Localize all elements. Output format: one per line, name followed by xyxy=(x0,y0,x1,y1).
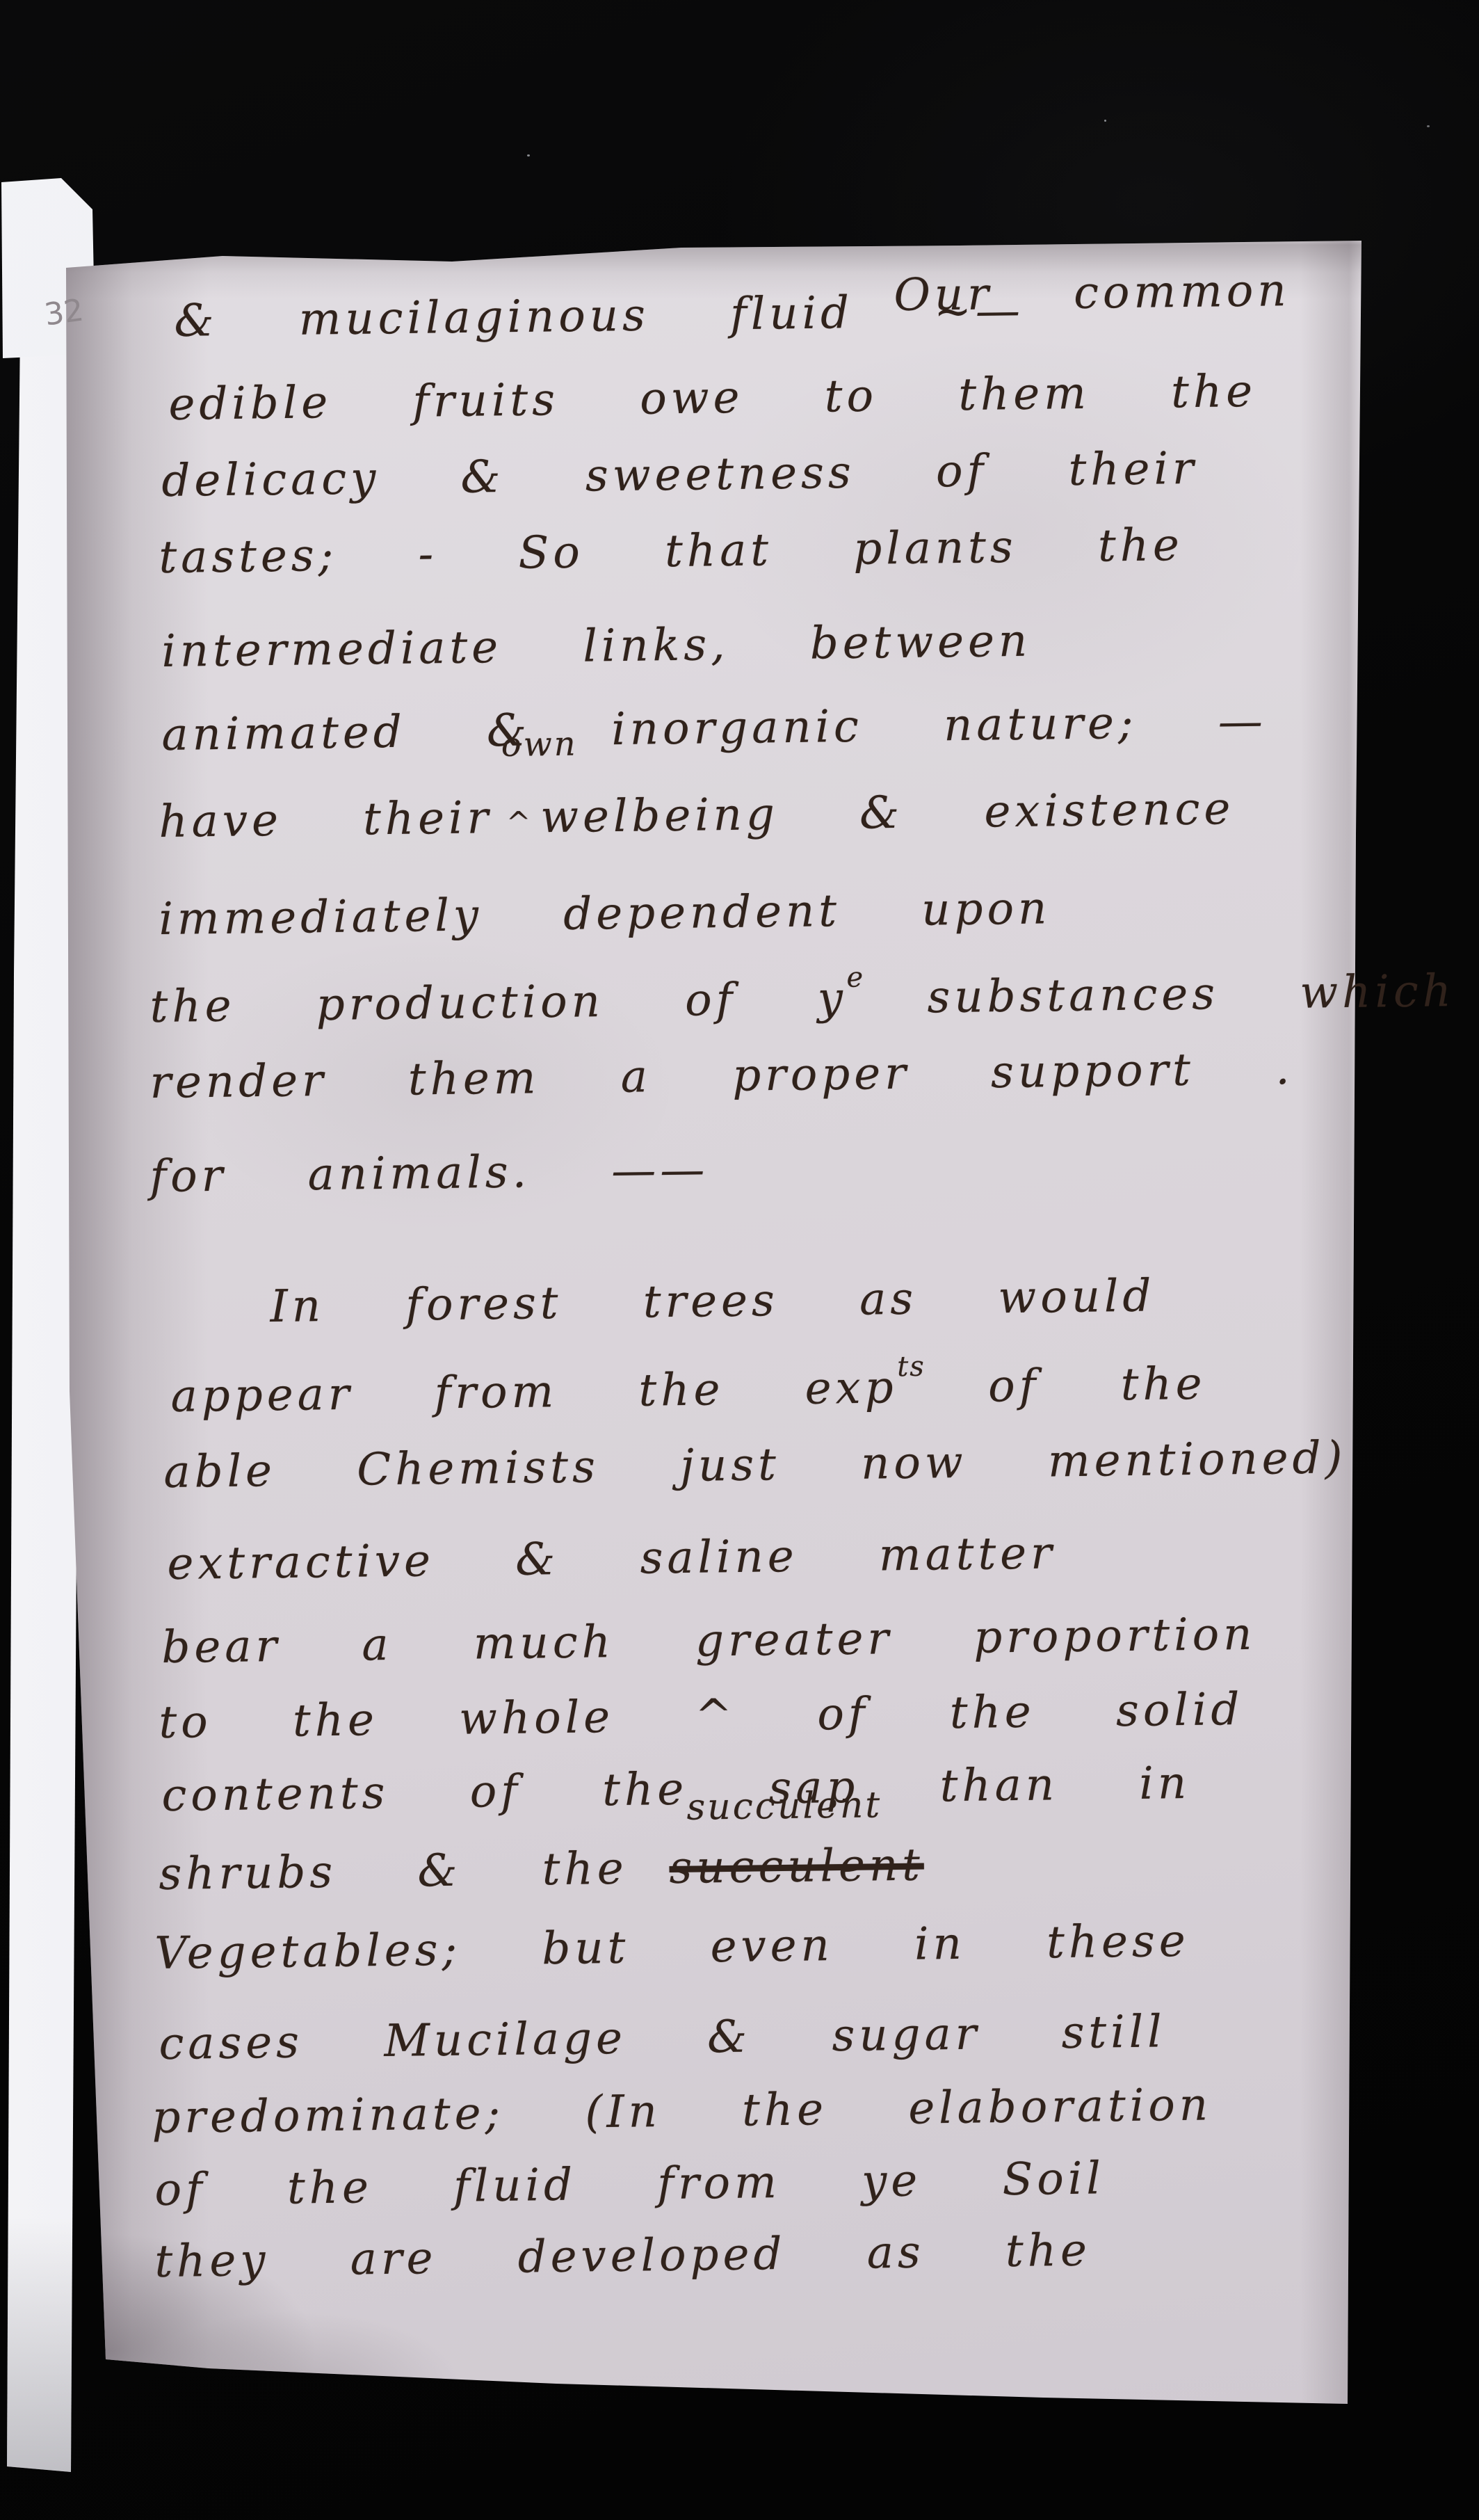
dust-speck xyxy=(1104,120,1106,122)
line-text: for animals. —— xyxy=(149,1144,709,1203)
line-text: have their xyxy=(159,792,492,848)
manuscript-line: for animals. —— xyxy=(149,1144,709,1203)
line-text: Our common xyxy=(894,265,1291,321)
line-text: the production of y xyxy=(149,973,847,1033)
insertion-point: ^own xyxy=(506,792,531,843)
manuscript-line: Our common xyxy=(894,265,1291,321)
page-number: 32 xyxy=(42,292,86,332)
caret-mark: ^ xyxy=(506,805,531,839)
struck-through-word: succulent xyxy=(669,1840,924,1894)
superscript-text: e xyxy=(846,961,864,993)
manuscript-line: intermediate links, between xyxy=(161,616,1032,677)
line-text: of the xyxy=(988,1358,1206,1413)
line-text: substances which xyxy=(927,965,1455,1023)
manuscript-line-with-superscript: appear from the exptsof the xyxy=(170,1347,1206,1422)
correction-stack: succulentsucculent xyxy=(669,1840,924,1894)
line-text: appear from the exp xyxy=(170,1362,898,1422)
manuscript-line: In forest trees as would xyxy=(270,1270,1156,1333)
dust-speck xyxy=(1427,125,1430,127)
manuscript-line: immediately dependent upon xyxy=(159,883,1051,945)
line-text: intermediate links, between xyxy=(161,616,1032,677)
line-text: welbeing & existence xyxy=(540,783,1235,843)
line-text: shrubs & the xyxy=(159,1843,628,1900)
line-text: In forest trees as would xyxy=(270,1270,1156,1333)
superscript-text: ts xyxy=(897,1351,926,1383)
dust-speck xyxy=(527,154,530,157)
inserted-word: succulent xyxy=(686,1784,882,1828)
manuscript-line-with-correction: shrubs & thesucculentsucculent xyxy=(159,1840,924,1900)
inserted-word: own xyxy=(501,725,578,764)
line-text: immediately dependent upon xyxy=(159,883,1051,945)
line-text: extractive & saline matter xyxy=(167,1527,1056,1590)
scanned-manuscript-photo: { "scan": { "background_color": "#070707… xyxy=(0,0,1479,2520)
manuscript-line: extractive & saline matter xyxy=(167,1527,1056,1590)
